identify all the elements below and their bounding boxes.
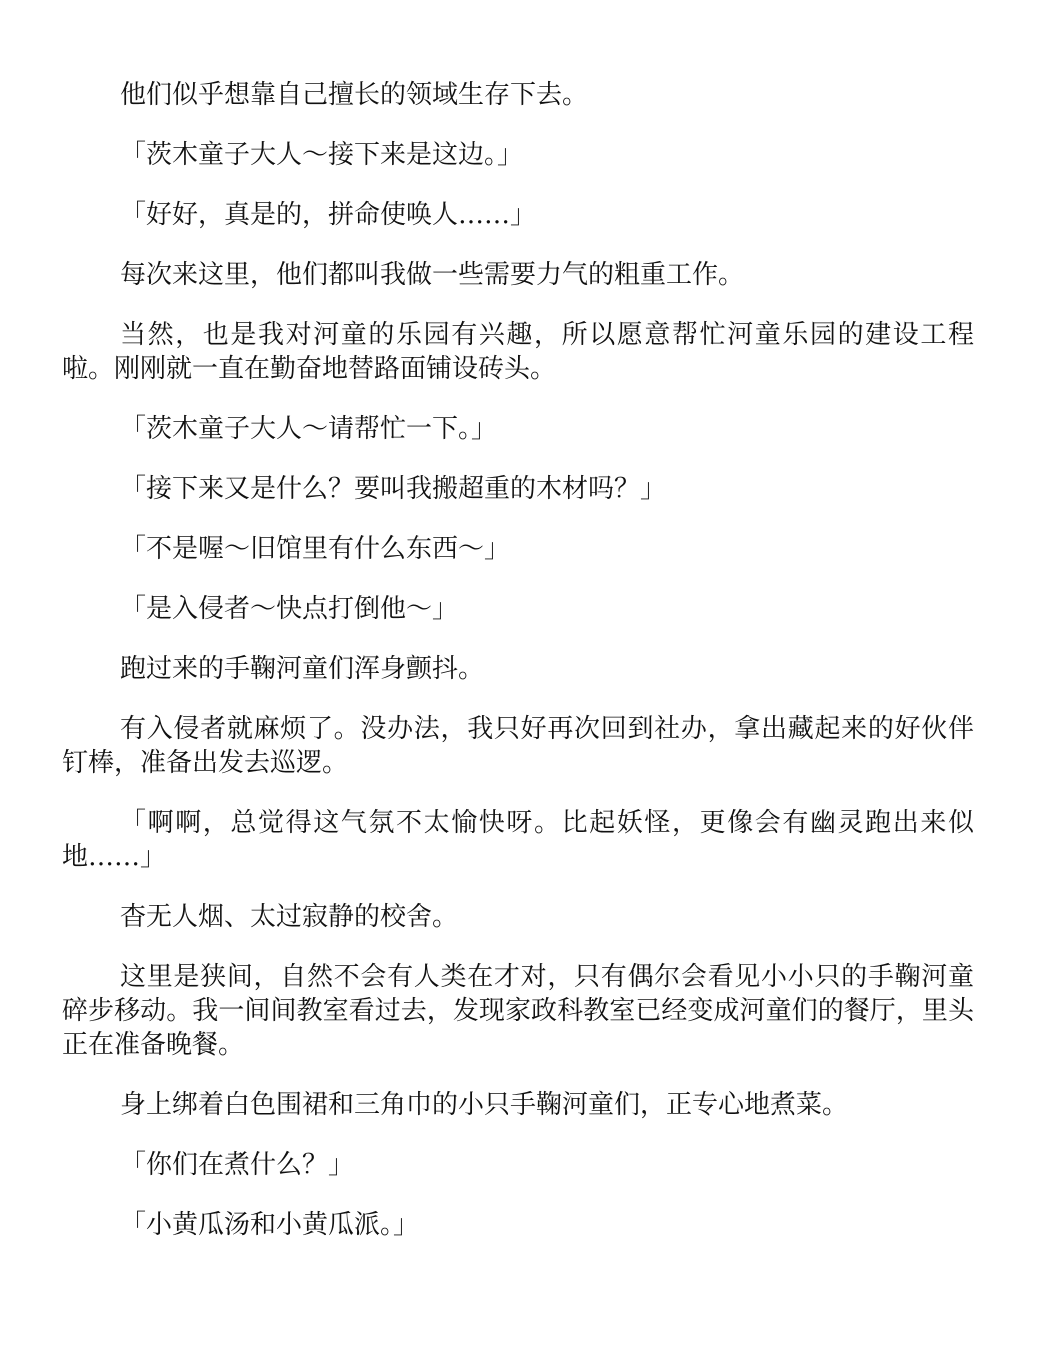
- paragraph: 跑过来的手鞠河童们浑身颤抖。: [62, 652, 974, 686]
- dialogue-paragraph: 「你们在煮什么？」: [62, 1148, 974, 1182]
- paragraph: 这里是狭间，自然不会有人类在才对，只有偶尔会看见小小只的手鞠河童碎步移动。我一间…: [62, 960, 974, 1062]
- dialogue-paragraph: 「接下来又是什么？要叫我搬超重的木材吗？」: [62, 472, 974, 506]
- dialogue-paragraph: 「茨木童子大人～接下来是这边。」: [62, 138, 974, 172]
- paragraph: 有入侵者就麻烦了。没办法，我只好再次回到社办，拿出藏起来的好伙伴钉棒，准备出发去…: [62, 712, 974, 780]
- paragraph: 杳无人烟、太过寂静的校舍。: [62, 900, 974, 934]
- dialogue-paragraph: 「啊啊，总觉得这气氛不太愉快呀。比起妖怪，更像会有幽灵跑出来似地……」: [62, 806, 974, 874]
- dialogue-paragraph: 「小黄瓜汤和小黄瓜派。」: [62, 1208, 974, 1242]
- document-page: 他们似乎想靠自己擅长的领域生存下去。 「茨木童子大人～接下来是这边。」 「好好，…: [62, 78, 974, 1268]
- dialogue-paragraph: 「不是喔～旧馆里有什么东西～」: [62, 532, 974, 566]
- dialogue-paragraph: 「是入侵者～快点打倒他～」: [62, 592, 974, 626]
- paragraph: 每次来这里，他们都叫我做一些需要力气的粗重工作。: [62, 258, 974, 292]
- paragraph: 他们似乎想靠自己擅长的领域生存下去。: [62, 78, 974, 112]
- dialogue-paragraph: 「好好，真是的，拼命使唤人……」: [62, 198, 974, 232]
- paragraph: 当然，也是我对河童的乐园有兴趣，所以愿意帮忙河童乐园的建设工程啦。刚刚就一直在勤…: [62, 318, 974, 386]
- paragraph: 身上绑着白色围裙和三角巾的小只手鞠河童们，正专心地煮菜。: [62, 1088, 974, 1122]
- dialogue-paragraph: 「茨木童子大人～请帮忙一下。」: [62, 412, 974, 446]
